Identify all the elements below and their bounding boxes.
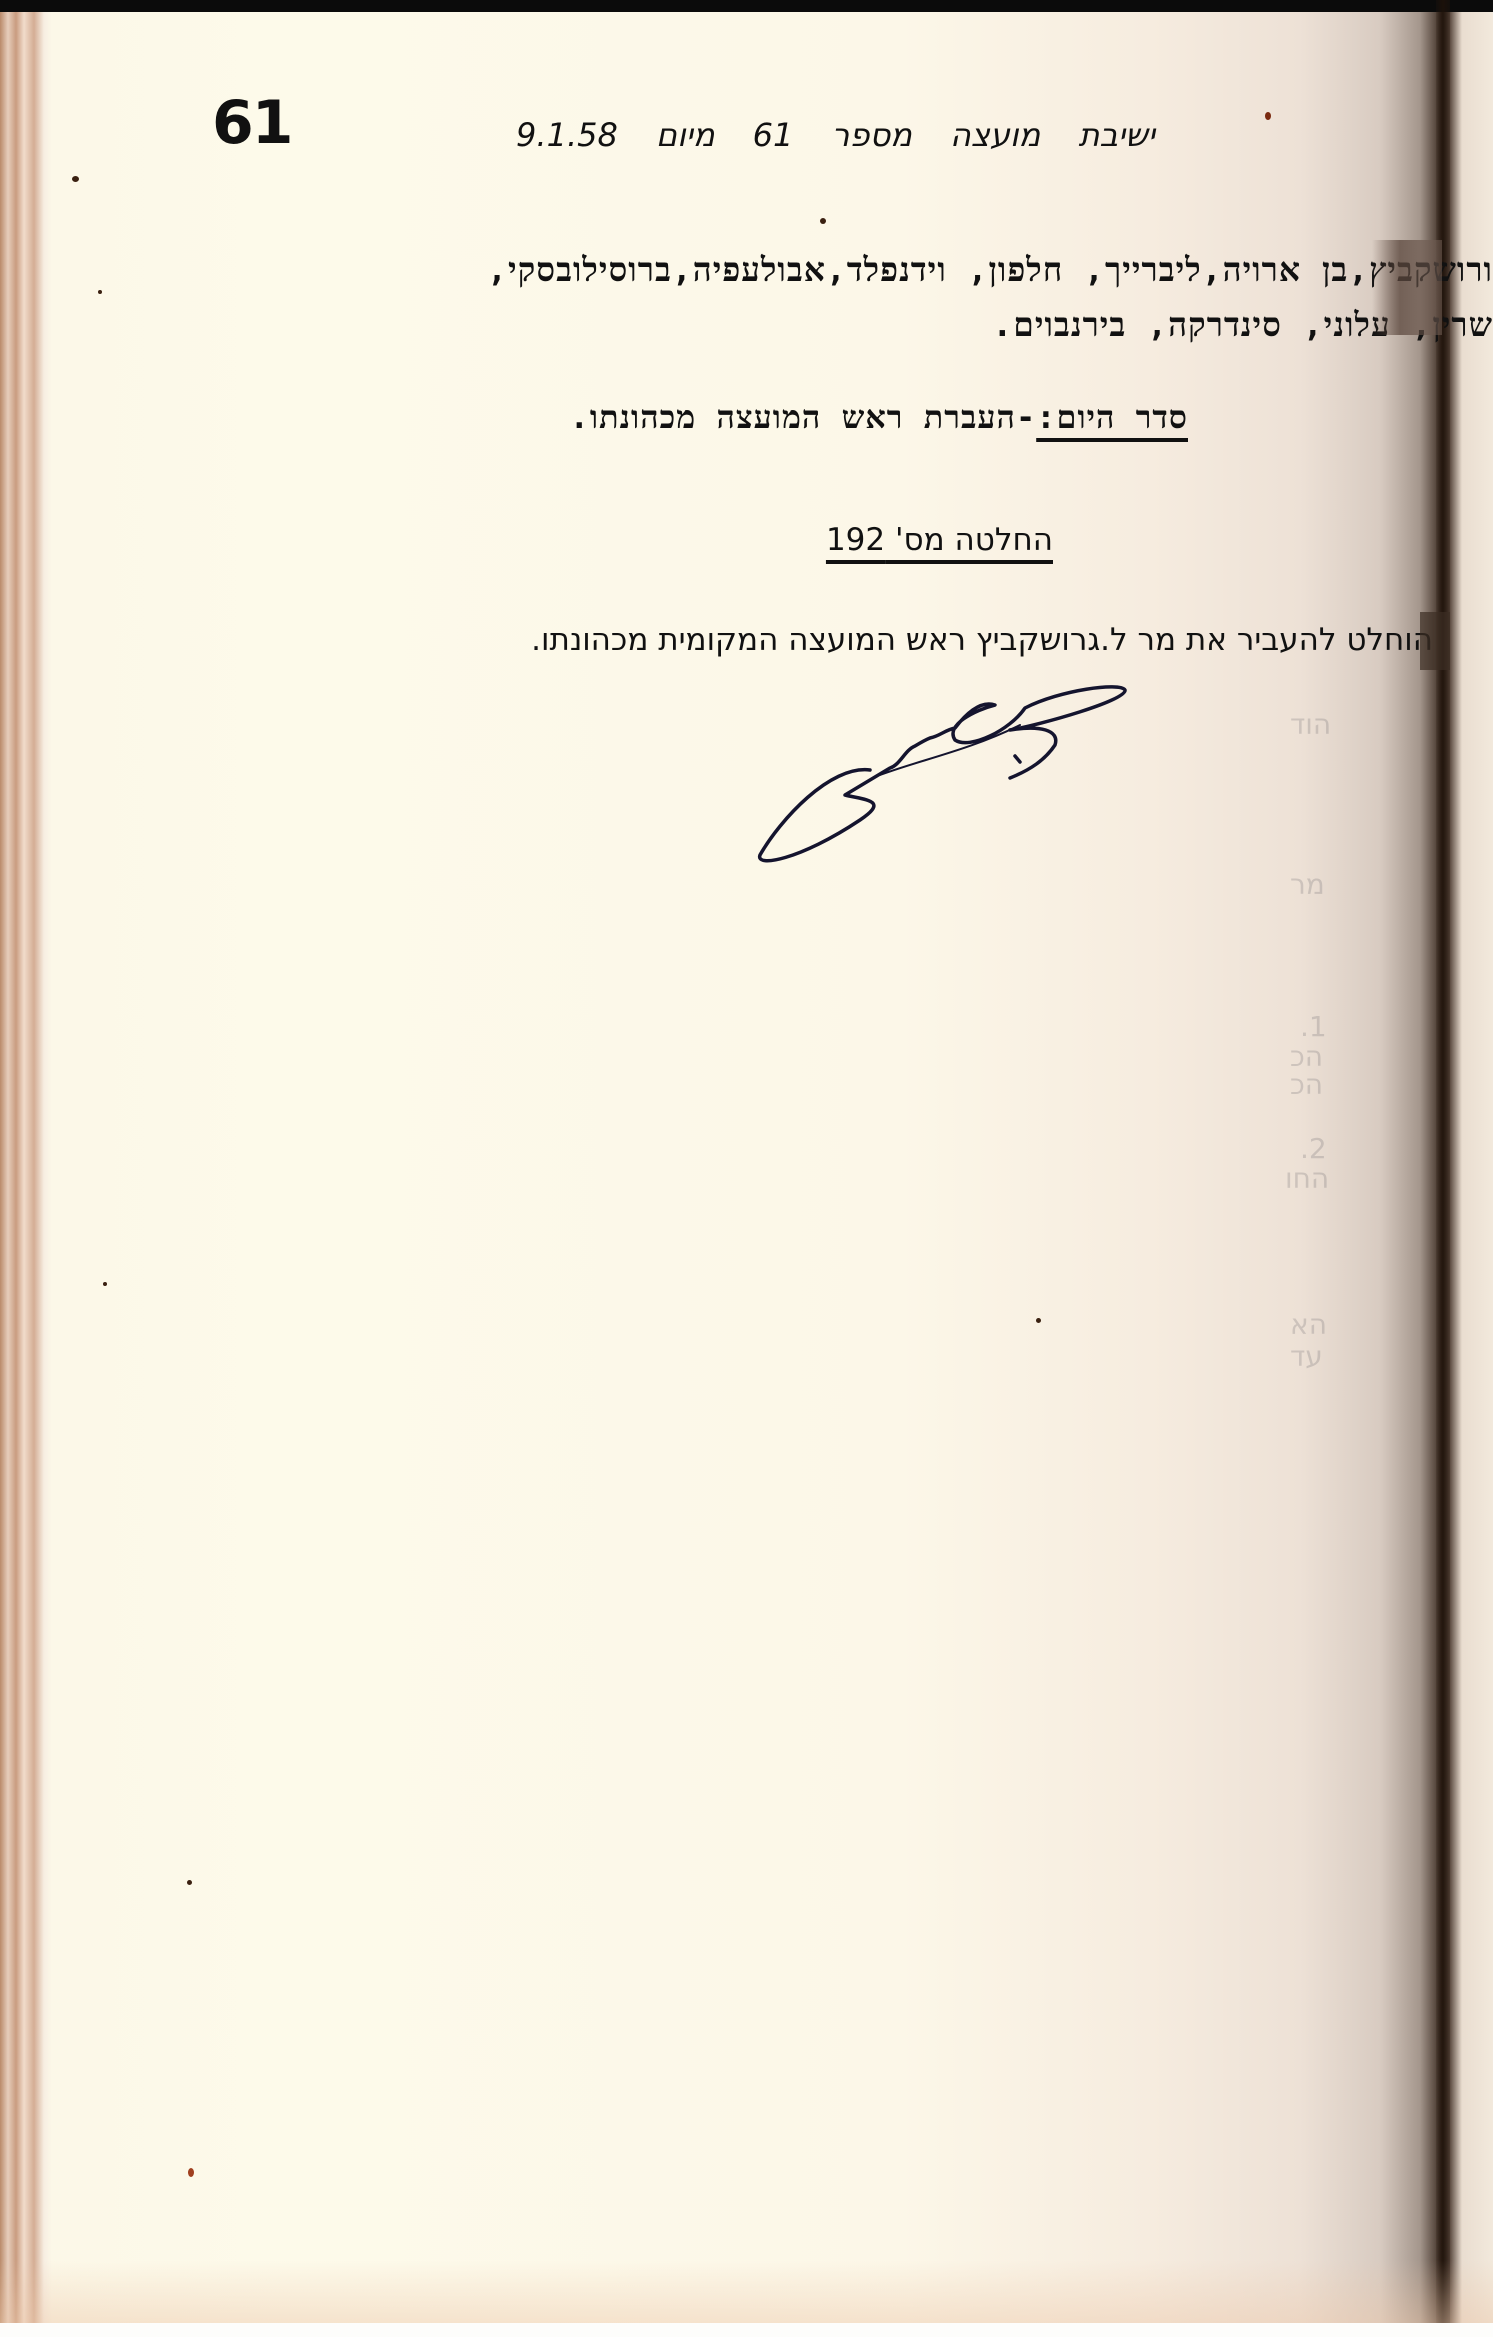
signature (740, 670, 1140, 870)
ink-speck (72, 176, 79, 182)
ink-speck (103, 1282, 107, 1286)
ink-speck (187, 1880, 192, 1885)
scan-top-border (0, 0, 1493, 12)
bleed-through-text: החו (1285, 1162, 1329, 1195)
ink-speck (820, 218, 826, 224)
resolution-text: הוחלט להעביר את מר ל.גרושקביץ ראש המועצה… (531, 622, 1433, 658)
page-discoloration (0, 2260, 1493, 2323)
ink-speck (1265, 112, 1271, 120)
meeting-header: ישיבת מועצהמספר61מיום9.1.58 (516, 116, 1155, 154)
agenda: סדר היום:-העברת ראש המועצה מכהונתו. (570, 398, 1188, 436)
scanned-page: 61 ישיבת מועצהמספר61מיום9.1.58 ורושקביץ,… (0, 0, 1493, 2323)
bleed-through-text: מר (1290, 868, 1325, 901)
meeting-title: ישיבת מועצה (950, 116, 1155, 154)
bleed-through-text: עד (1290, 1340, 1323, 1373)
page-number: 61 (212, 88, 292, 158)
meeting-date: 9.1.58 (516, 116, 618, 154)
agenda-label: סדר היום: (1036, 398, 1188, 436)
bleed-through-text: הא (1290, 1308, 1327, 1341)
gutter-text-shadow (1372, 240, 1442, 335)
bleed-through-text: הכ (1290, 1068, 1323, 1101)
meeting-date-label: מיום (656, 116, 715, 154)
book-gutter-shadow (1436, 0, 1450, 2323)
ink-speck (1036, 1318, 1041, 1323)
agenda-text: -העברת ראש המועצה מכהונתו. (570, 398, 1037, 436)
bleed-through-text: 1. (1300, 1010, 1327, 1043)
gutter-text-shadow-2 (1420, 612, 1450, 670)
attendees-line-1: ורושקביץ,בן ארויה,ליברייך, חלפון, וידנפל… (487, 250, 1493, 290)
resolution-title: החלטה מס' 192 (826, 522, 1053, 558)
ink-speck (98, 290, 102, 294)
bleed-through-text: 2. (1300, 1132, 1327, 1165)
meeting-number-label: מספר (831, 116, 912, 154)
meeting-number: 61 (753, 116, 794, 154)
bleed-through-text: הוד (1290, 708, 1331, 741)
ink-speck (188, 2168, 194, 2177)
